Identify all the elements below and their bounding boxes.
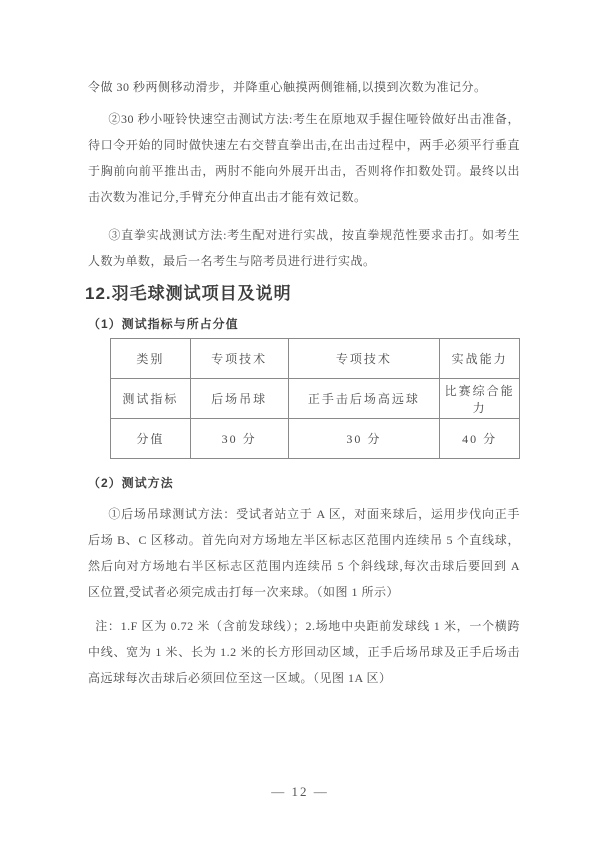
- table-cell: 30 分: [190, 419, 288, 459]
- table-cell: 测试指标: [111, 379, 191, 419]
- table-cell: 分值: [111, 419, 191, 459]
- page-footer: — 12 —: [0, 784, 600, 800]
- table-row-score: 分值 30 分 30 分 40 分: [111, 419, 520, 459]
- table-cell: 正手击后场高远球: [288, 379, 440, 419]
- subheading-test-indicators: （1）测试指标与所占分值: [88, 314, 520, 334]
- table-row-indicator: 测试指标 后场吊球 正手击后场高远球 比赛综合能力: [111, 379, 520, 419]
- subheading-test-method: （2）测试方法: [88, 473, 520, 493]
- paragraph-dropshot-method: ①后场吊球测试方法：受试者站立于 A 区，对面来球后，运用步伐向正手后场 B、C…: [88, 501, 520, 605]
- table-cell: 实战能力: [440, 339, 520, 379]
- table-cell: 类别: [111, 339, 191, 379]
- table-cell: 40 分: [440, 419, 520, 459]
- document-content: 令做 30 秒两侧移动滑步，并降重心触摸两侧锥桶,以摸到次数为准记分。 ②30 …: [88, 74, 520, 691]
- paragraph-slide-step: 令做 30 秒两侧移动滑步，并降重心触摸两侧锥桶,以摸到次数为准记分。: [88, 74, 520, 100]
- paragraph-dumbbell-test: ②30 秒小哑铃快速空击测试方法:考生在原地双手握住哑铃做好出击准备，待口令开始…: [88, 106, 520, 210]
- table-cell: 30 分: [288, 419, 440, 459]
- paragraph-boxing-test: ③直拳实战测试方法:考生配对进行实战，按直拳规范性要求击打。如考生人数为单数，最…: [88, 222, 520, 274]
- table-cell: 专项技术: [288, 339, 440, 379]
- table-cell: 专项技术: [190, 339, 288, 379]
- score-table: 类别 专项技术 专项技术 实战能力 测试指标 后场吊球 正手击后场高远球 比赛综…: [110, 338, 520, 459]
- table-cell: 后场吊球: [190, 379, 288, 419]
- table-cell: 比赛综合能力: [440, 379, 520, 419]
- page-number: — 12 —: [271, 784, 329, 799]
- paragraph-note: 注：1.F 区为 0.72 米（含前发球线）；2.场地中央距前发球线 1 米，一…: [88, 613, 520, 691]
- table-row-category: 类别 专项技术 专项技术 实战能力: [111, 339, 520, 379]
- section-heading-badminton: 12.羽毛球测试项目及说明: [85, 282, 520, 306]
- document-page: 令做 30 秒两侧移动滑步，并降重心触摸两侧锥桶,以摸到次数为准记分。 ②30 …: [0, 0, 600, 848]
